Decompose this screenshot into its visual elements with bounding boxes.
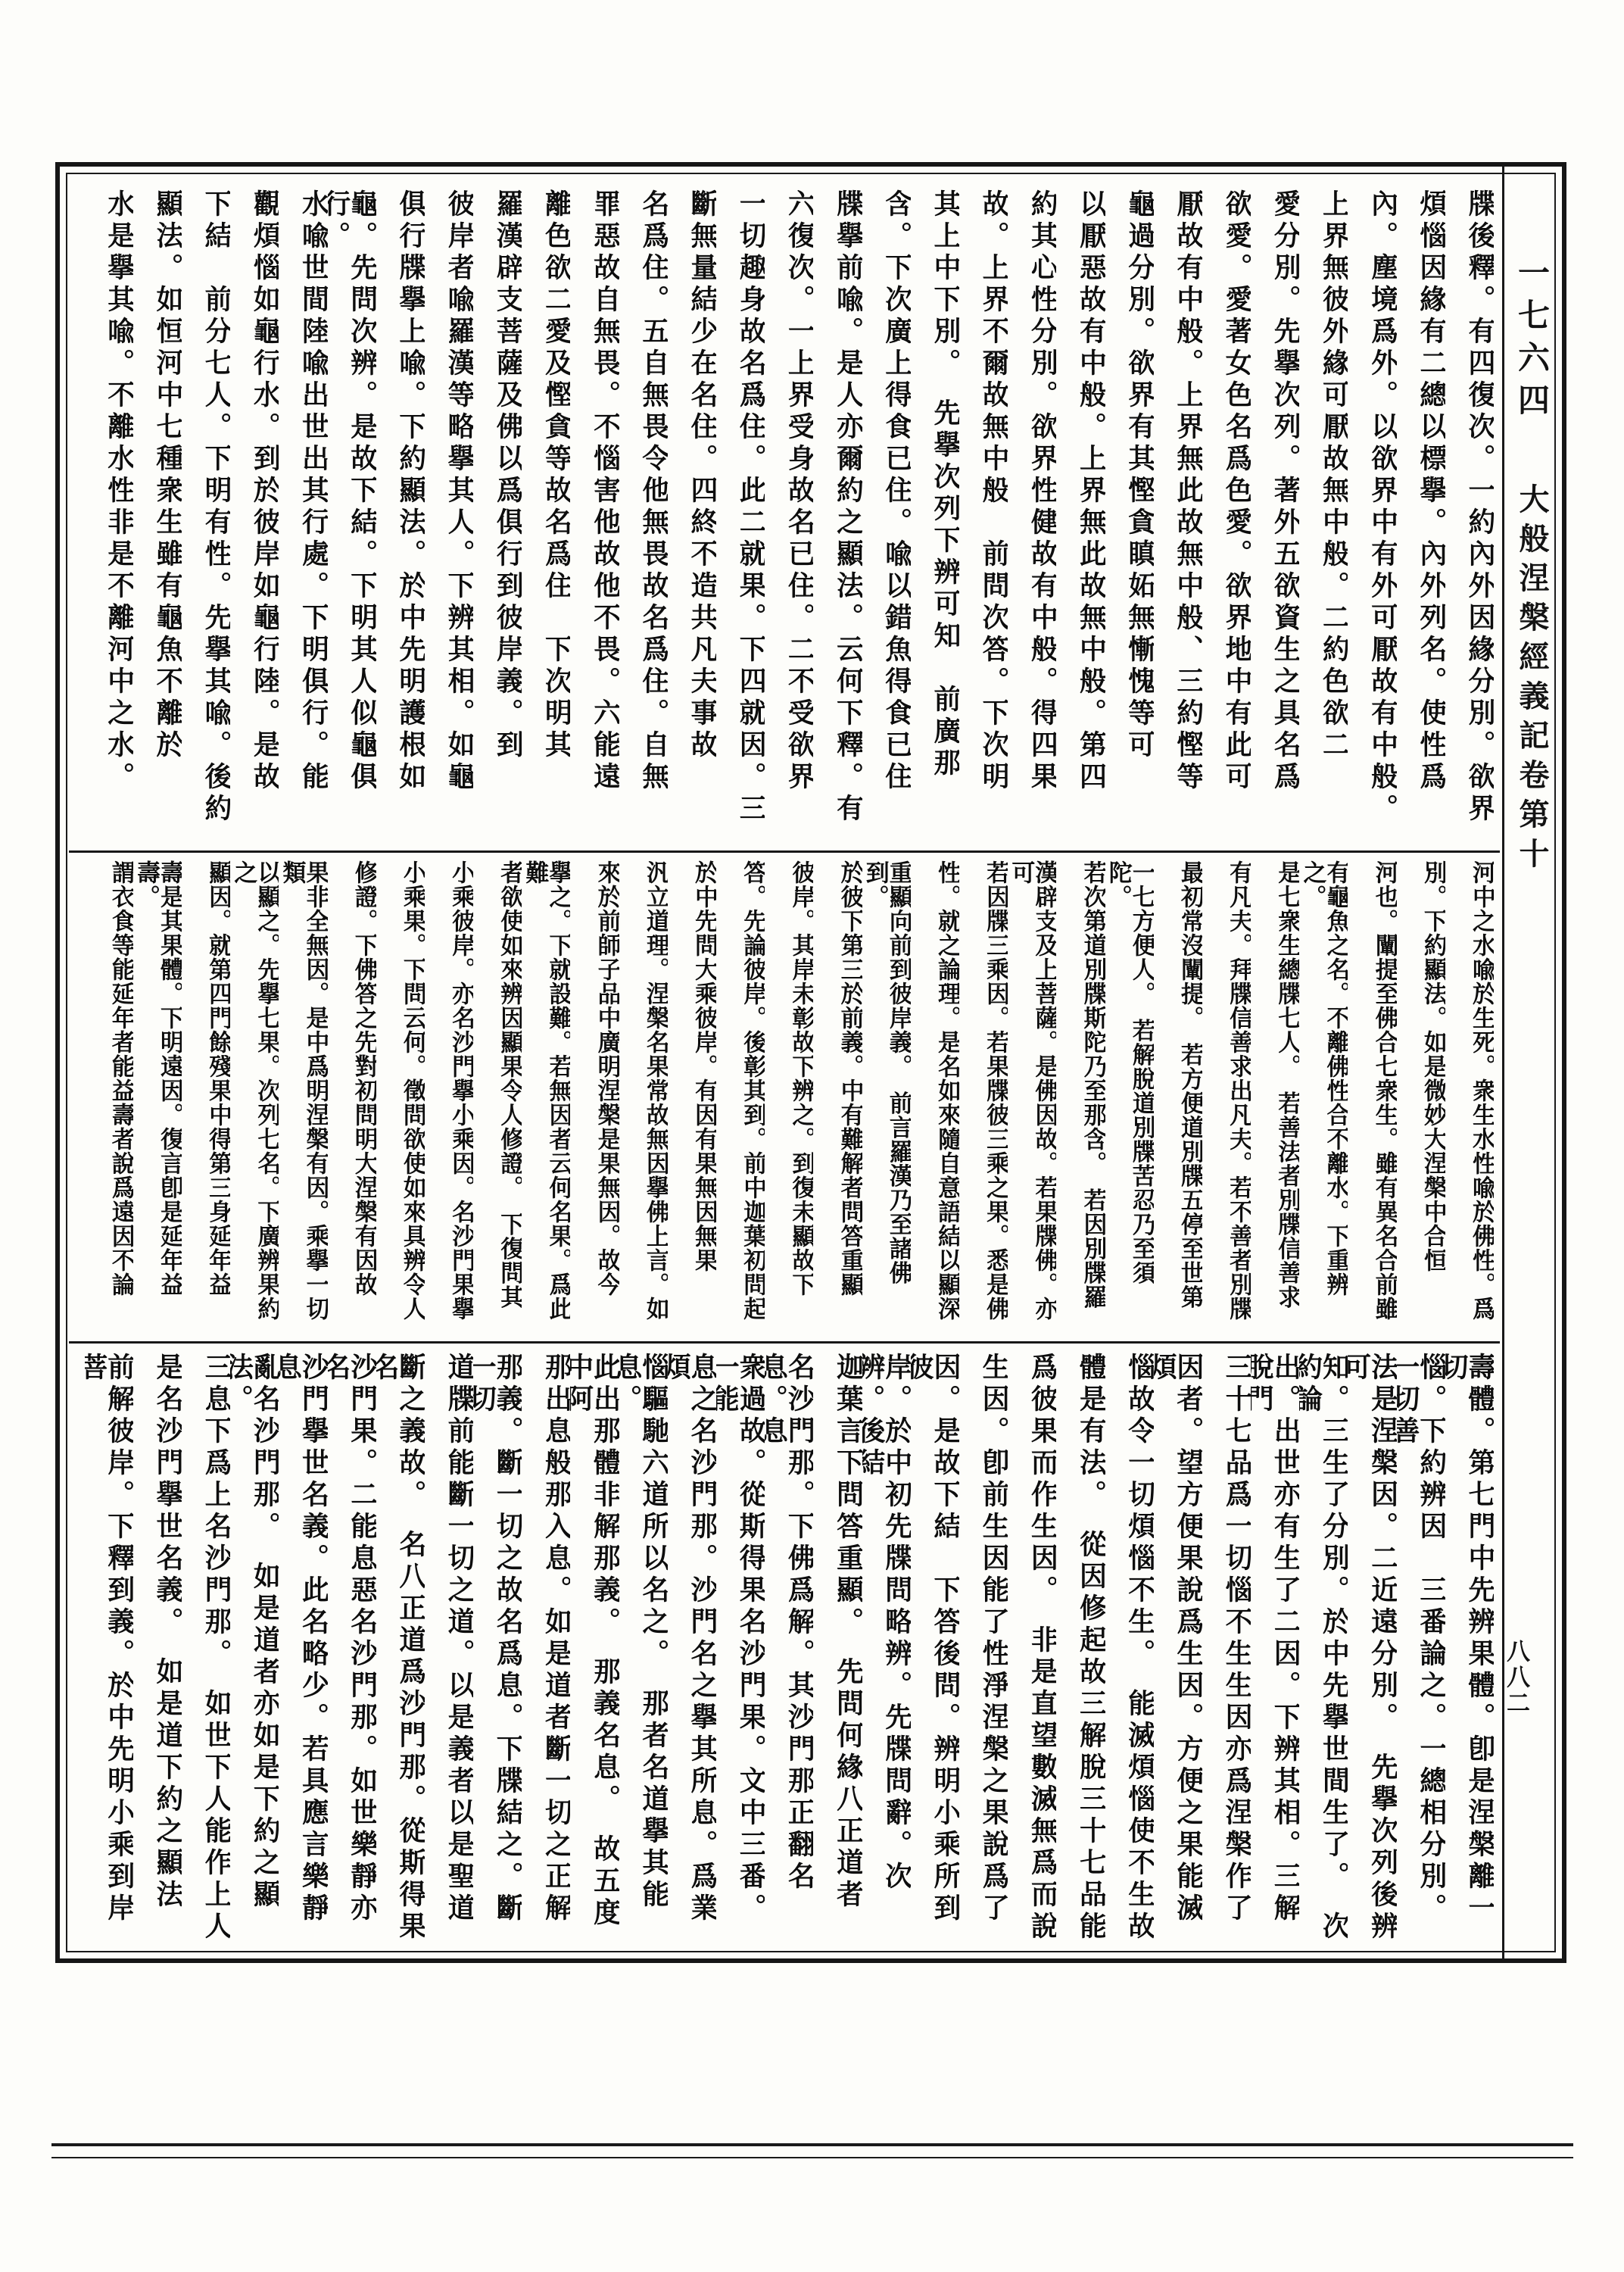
text-column: 生因。卽前生因能了性淨涅槃之果說爲了: [959, 1353, 1008, 1951]
text-column: 以顯之。先擧七果。次列七名。下廣辨果約之: [230, 860, 279, 1331]
text-column: 斷無量結少在名住。四終不造共凡夫事故: [668, 189, 716, 845]
band-divider-rule-2: [69, 1341, 1500, 1344]
text-column: 若次第道別牒斯陀乃至那含。 若因別牒羅: [1056, 860, 1105, 1331]
text-column: 來於前師子品中廣明涅槃是果無因。故今: [570, 860, 619, 1331]
text-column: 知。三生了分別。於中先擧世間生了。 次約論: [1299, 1353, 1348, 1951]
text-column: 欲愛。愛著女色名爲色愛。欲界地中有此可: [1202, 189, 1251, 845]
text-column: 厭故有中般。上界無此故無中般、三約慳等: [1154, 189, 1202, 845]
text-column: 爲彼果而作生因。 非是直望數滅無爲而說: [1008, 1353, 1056, 1951]
text-column: 河也。闡提至佛合七衆生。雖有異名合前雖: [1348, 860, 1396, 1331]
text-column: 約其心性分別。欲界性健故有中般。得四果: [1008, 189, 1056, 845]
text-column: 那義。斷一切之故名爲息。下牒結之。斷一切: [473, 1353, 522, 1951]
text-column: 於彼下第三於前義。中有難解者問答重顯: [813, 860, 862, 1331]
text-column: 惱驅馳六道所以名之。 那者名道擧其能息。: [619, 1353, 668, 1951]
text-column: 衆過故。從斯得果名沙門果。文中三番。一能: [716, 1353, 765, 1951]
text-column: 顯因。就第四門餘殘果中得第三身延年益: [182, 860, 230, 1331]
text-column: 含。下次廣上得食已住。喩以錯魚得食已住: [862, 189, 911, 845]
text-column: 三十七品爲一切惱不生生因亦爲涅槃作了: [1202, 1353, 1251, 1951]
text-column: 其上中下別。 先擧次列下辨可知 前廣那: [911, 189, 959, 845]
text-column: 別。下約顯法。如是微妙大涅槃中合恒: [1397, 860, 1445, 1331]
text-column: 是七衆生總牒七人。 若善法者別牒信善求: [1251, 860, 1299, 1331]
text-column: 汎立道理。涅槃名果常故無因擧佛上言。如: [619, 860, 668, 1331]
text-column: 因。是故下結 下答後問。辨明小乘所到彼: [911, 1353, 959, 1951]
text-column: 顯法。如恒河中七種衆生雖有龜魚不離於: [133, 189, 182, 845]
text-column: 法是涅槃因。二近遠分別。 先擧次列後辨可: [1348, 1353, 1396, 1951]
text-column: 愛分別。先擧次列。著外五欲資生之具名爲: [1251, 189, 1299, 845]
text-column: 沙門果。二能息惡名沙門那。如世樂靜亦名: [328, 1353, 376, 1951]
text-column: 小乘彼岸。亦名沙門擧小乘因。名沙門果擧: [425, 860, 473, 1331]
text-column: 牒擧前喩。是人亦爾約之顯法。云何下釋。有: [813, 189, 862, 845]
text-column: 亂名沙門那。 如是道者亦如是下約之顯法。: [230, 1353, 279, 1951]
text-column: 者欲使如來辨因顯果令人修證。 下復問其: [473, 860, 522, 1331]
text-column: 罪惡故自無畏。不惱害他故他不畏。六能遠: [570, 189, 619, 845]
text-column: 水喩世間陸喩出世出其行處。下明俱行。能: [279, 189, 327, 845]
text-column: 息之名沙門那。沙門名之擧其所息。爲業煩: [668, 1353, 716, 1951]
text-column: 壽體。第七門中先辨果體。卽是涅槃離一切: [1445, 1353, 1494, 1951]
text-column: 答。先論彼岸。後彰其到。前中迦葉初問起: [716, 860, 765, 1331]
text-column: 牒後釋。有四復次。一約內外因緣分別。欲界: [1445, 189, 1494, 845]
text-column: 彼岸者喩羅漢等略擧其人。下辨其相。如龜: [425, 189, 473, 845]
text-column: 沙門擧世名義。此名略少。若具應言樂靜息: [279, 1353, 327, 1951]
text-column: 惱故令一切煩惱不生。 能滅煩惱使不生故: [1105, 1353, 1154, 1951]
text-column: 斷之義故。 名八正道爲沙門那。從斯得果名: [376, 1353, 425, 1951]
text-column: 一七方便人。 若解脫道別牒苦忍乃至須陀。: [1105, 860, 1154, 1331]
text-column: 名爲住。五自無畏令他無畏故名爲住。自無: [619, 189, 668, 845]
text-column: 於中先問大乘彼岸。有因有果無因無果: [668, 860, 716, 1331]
text-column: 因者。望方便果說爲生因。方便之果能滅煩: [1154, 1353, 1202, 1951]
text-column: 離色欲二愛及慳貪等故名爲住 下次明其: [522, 189, 570, 845]
text-column: 那出息般那入息。如是道者斷一切之正解: [522, 1353, 570, 1951]
text-column: 故。上界不爾故無中般 前問次答。下次明: [959, 189, 1008, 845]
text-column: 俱行牒擧上喩。下約顯法。於中先明護根如: [376, 189, 425, 845]
volume-title: 大般涅槃經義記卷第十: [1516, 483, 1547, 877]
text-column: 內。塵境爲外。以欲界中有外可厭故有中般。: [1348, 189, 1396, 845]
text-column: 若因牒三乘因。若果牒彼三乘之果。悉是佛: [959, 860, 1008, 1331]
text-column: 迦葉言下問答重顯。 先問何緣八正道者: [813, 1353, 862, 1951]
text-column: 河中之水喩於生死。衆生水性喩於佛性。爲: [1445, 860, 1494, 1331]
text-column: 觀煩惱如龜行水。到於彼岸如龜行陸。是故: [230, 189, 279, 845]
text-column: 性。就之論理。是名如來隨自意語結以顯深: [911, 860, 959, 1331]
text-band-bottom: 壽體。第七門中先辨果體。卽是涅槃離一切惱。下約辨因 三番論之。一總相分別。一切善…: [79, 1353, 1494, 1951]
text-column: 水是擧其喩。不離水性非是不離河中之水。: [85, 189, 133, 845]
text-column: 煩惱因緣有二總以標擧。內外列名。使性爲: [1397, 189, 1445, 845]
text-column: 道牒前能斷一切之道。以是義者以是聖道: [425, 1353, 473, 1951]
text-column: 小乘果。下問云何。徵問欲使如來具辨令人: [376, 860, 425, 1331]
text-column: 果非全無因。是中爲明涅槃有因。乘擧一切類: [279, 860, 327, 1331]
text-band-middle: 河中之水喩於生死。衆生水性喩於佛性。爲別。下約顯法。如是微妙大涅槃中合恒河也。闡…: [79, 860, 1494, 1331]
text-column: 前解彼岸。下釋到義。於中先明小乘到岸菩: [85, 1353, 133, 1951]
text-column: 惱。下約辨因 三番論之。一總相分別。一切善: [1397, 1353, 1445, 1951]
text-column: 名沙門那。下佛爲解。其沙門那正翻名息。息: [765, 1353, 813, 1951]
text-column: 彼岸。其岸未彰故下辨之。到復未顯故下: [765, 860, 813, 1331]
text-column: 下結 前分七人。下明有性。先擧其喩。後約: [182, 189, 230, 845]
footer-rule-2: [51, 2157, 1573, 2158]
footer-rule-1: [51, 2143, 1573, 2146]
folio-number: 一七六四: [1515, 256, 1547, 426]
text-column: 壽是其果體。下明遠因。復言卽是延年益壽。: [133, 860, 182, 1331]
text-column: 重顯向前到彼岸義。 前言羅漢乃至諸佛到。: [862, 860, 911, 1331]
text-column: 修證。下佛答之先對初問明大涅槃有因故: [328, 860, 376, 1331]
text-column: 龜過分別。欲界有其慳貪瞋妬無慚愧等可: [1105, 189, 1154, 845]
text-column: 羅漢辟支菩薩及佛以爲俱行到彼岸義。到: [473, 189, 522, 845]
text-column: 最初常沒闡提。 若方便道別牒五停至世第: [1154, 860, 1202, 1331]
scanned-page: 牒後釋。有四復次。一約內外因緣分別。欲界煩惱因緣有二總以標擧。內外列名。使性爲內…: [0, 0, 1624, 2272]
text-column: 一切趣身故名爲住。此二就果。下四就因。三: [716, 189, 765, 845]
text-column: 此出那體非解那義。 那義名息。 故五度中阿: [570, 1353, 619, 1951]
text-column: 體是有法。 從因修起故三解脫三十七品能: [1056, 1353, 1105, 1951]
text-column: 謂衣食等能延年者能益壽者說爲遠因不論: [85, 860, 133, 1331]
text-column: 有凡夫。拜牒信善求出凡夫。若不善者別牒: [1202, 860, 1251, 1331]
text-column: 三息下爲上名沙門那。 如世下人能作上人: [182, 1353, 230, 1951]
page-number: 八八二: [1504, 1639, 1528, 1716]
text-column: 岸。於中初先牒問略辨。先牒問辭。次辨。後結: [862, 1353, 911, 1951]
text-column: 擧之。下就設難。若無因者云何名果。爲此難: [522, 860, 570, 1331]
text-column: 上界無彼外緣可厭故無中般。二約色欲二: [1299, 189, 1348, 845]
text-column: 六復次。一上界受身故名已住。二不受欲界: [765, 189, 813, 845]
text-column: 有龜魚之名。不離佛性合不離水。下重辨之。: [1299, 860, 1348, 1331]
text-column: 以厭惡故有中般。上界無此故無中般。第四: [1056, 189, 1105, 845]
text-column: 龜。先問次辨。是故下結。下明其人似龜俱行。: [328, 189, 376, 845]
text-column: 漢辟支及上菩薩。是佛因故。若果牒佛。亦可: [1008, 860, 1056, 1331]
page-frame: 牒後釋。有四復次。一約內外因緣分別。欲界煩惱因緣有二總以標擧。內外列名。使性爲內…: [55, 162, 1566, 1963]
text-column: 是名沙門擧世名義。 如是道下約之顯法: [133, 1353, 182, 1951]
band-divider-rule-1: [69, 850, 1500, 853]
text-column: 出。出世亦有生了二因。下辨其相。三解脫門: [1251, 1353, 1299, 1951]
text-band-top: 牒後釋。有四復次。一約內外因緣分別。欲界煩惱因緣有二總以標擧。內外列名。使性爲內…: [79, 189, 1494, 845]
